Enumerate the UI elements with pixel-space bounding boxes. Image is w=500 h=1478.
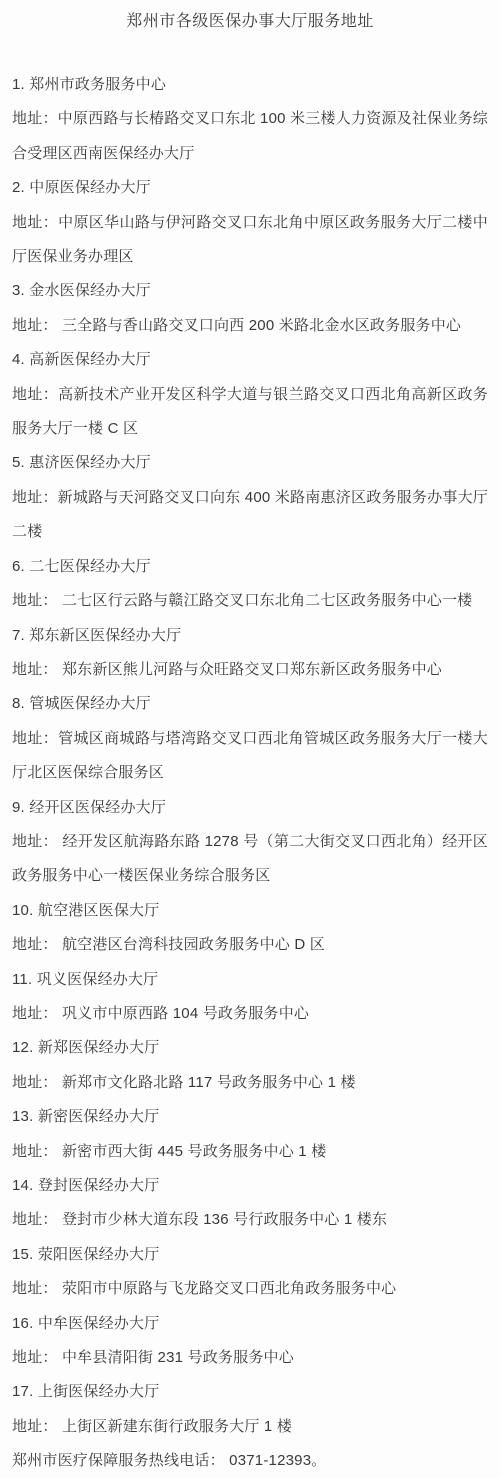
entry-address: 地址： 上街区新建东街行政服务大厅 1 楼 bbox=[12, 1410, 488, 1444]
service-hall-entry: 3. 金水医保经办大厅 地址： 三全路与香山路交叉口向西 200 米路北金水区政… bbox=[12, 274, 488, 343]
service-hall-entry: 2. 中原医保经办大厅 地址：中原区华山路与伊河路交叉口东北角中原区政务服务大厅… bbox=[12, 171, 488, 274]
service-hall-entry: 12. 新郑医保经办大厅 地址： 新郑市文化路北路 117 号政务服务中心 1 … bbox=[12, 1031, 488, 1100]
entry-name: 13. 新密医保经办大厅 bbox=[12, 1100, 488, 1134]
service-hall-entry: 16. 中牟医保经办大厅 地址： 中牟县清阳街 231 号政务服务中心 bbox=[12, 1307, 488, 1376]
entry-address: 地址：中原区华山路与伊河路交叉口东北角中原区政务服务大厅二楼中厅医保业务办理区 bbox=[12, 206, 488, 275]
service-hall-entry: 11. 巩义医保经办大厅 地址： 巩义市中原西路 104 号政务服务中心 bbox=[12, 963, 488, 1032]
service-hall-entry: 15. 荥阳医保经办大厅 地址： 荥阳市中原路与飞龙路交叉口西北角政务服务中心 bbox=[12, 1238, 488, 1307]
document-page: 郑州市各级医保办事大厅服务地址 1. 郑州市政务服务中心 地址：中原西路与长椿路… bbox=[0, 0, 500, 1478]
service-hall-entry: 1. 郑州市政务服务中心 地址：中原西路与长椿路交叉口东北 100 米三楼人力资… bbox=[12, 68, 488, 171]
entry-address: 地址：中原西路与长椿路交叉口东北 100 米三楼人力资源及社保业务综合受理区西南… bbox=[12, 102, 488, 171]
entry-address: 地址： 三全路与香山路交叉口向西 200 米路北金水区政务服务中心 bbox=[12, 309, 488, 343]
entry-address: 地址：高新技术产业开发区科学大道与银兰路交叉口西北角高新区政务服务大厅一楼 C … bbox=[12, 378, 488, 447]
service-hall-entry: 8. 管城医保经办大厅 地址：管城区商城路与塔湾路交叉口西北角管城区政务服务大厅… bbox=[12, 687, 488, 790]
entry-name: 8. 管城医保经办大厅 bbox=[12, 687, 488, 721]
entry-name: 10. 航空港区医保大厅 bbox=[12, 894, 488, 928]
service-hall-entry: 4. 高新医保经办大厅 地址：高新技术产业开发区科学大道与银兰路交叉口西北角高新… bbox=[12, 343, 488, 446]
entry-address: 地址：管城区商城路与塔湾路交叉口西北角管城区政务服务大厅一楼大厅北区医保综合服务… bbox=[12, 722, 488, 791]
entry-name: 7. 郑东新区医保经办大厅 bbox=[12, 619, 488, 653]
entry-name: 9. 经开区医保经办大厅 bbox=[12, 791, 488, 825]
entry-name: 17. 上街医保经办大厅 bbox=[12, 1375, 488, 1409]
service-hall-entry: 13. 新密医保经办大厅 地址： 新密市西大街 445 号政务服务中心 1 楼 bbox=[12, 1100, 488, 1169]
service-hall-entry: 17. 上街医保经办大厅 地址： 上街区新建东街行政服务大厅 1 楼 bbox=[12, 1375, 488, 1444]
entry-address: 地址： 登封市少林大道东段 136 号行政服务中心 1 楼东 bbox=[12, 1203, 488, 1237]
entry-name: 6. 二七医保经办大厅 bbox=[12, 550, 488, 584]
service-hall-entry: 5. 惠济医保经办大厅 地址：新城路与天河路交叉口向东 400 米路南惠济区政务… bbox=[12, 446, 488, 549]
entry-name: 1. 郑州市政务服务中心 bbox=[12, 68, 488, 102]
entry-name: 15. 荥阳医保经办大厅 bbox=[12, 1238, 488, 1272]
service-hall-entry: 14. 登封医保经办大厅 地址： 登封市少林大道东段 136 号行政服务中心 1… bbox=[12, 1169, 488, 1238]
entry-address: 地址： 郑东新区熊儿河路与众旺路交叉口郑东新区政务服务中心 bbox=[12, 653, 488, 687]
entry-address: 地址： 巩义市中原西路 104 号政务服务中心 bbox=[12, 997, 488, 1031]
entry-name: 2. 中原医保经办大厅 bbox=[12, 171, 488, 205]
entry-name: 16. 中牟医保经办大厅 bbox=[12, 1307, 488, 1341]
service-hall-entry: 9. 经开区医保经办大厅 地址： 经开发区航海路东路 1278 号（第二大街交叉… bbox=[12, 791, 488, 894]
address-list: 1. 郑州市政务服务中心 地址：中原西路与长椿路交叉口东北 100 米三楼人力资… bbox=[12, 68, 488, 1478]
entry-address: 地址：新城路与天河路交叉口向东 400 米路南惠济区政务服务办事大厅二楼 bbox=[12, 481, 488, 550]
entry-address: 地址： 新郑市文化路北路 117 号政务服务中心 1 楼 bbox=[12, 1066, 488, 1100]
entry-address: 地址： 航空港区台湾科技园政务服务中心 D 区 bbox=[12, 928, 488, 962]
entry-address: 地址： 经开发区航海路东路 1278 号（第二大街交叉口西北角）经开区政务服务中… bbox=[12, 825, 488, 894]
entry-address: 地址： 荥阳市中原路与飞龙路交叉口西北角政务服务中心 bbox=[12, 1272, 488, 1306]
service-hall-entry: 7. 郑东新区医保经办大厅 地址： 郑东新区熊儿河路与众旺路交叉口郑东新区政务服… bbox=[12, 619, 488, 688]
entry-address: 地址： 新密市西大街 445 号政务服务中心 1 楼 bbox=[12, 1135, 488, 1169]
entry-name: 3. 金水医保经办大厅 bbox=[12, 274, 488, 308]
entries-container: 1. 郑州市政务服务中心 地址：中原西路与长椿路交叉口东北 100 米三楼人力资… bbox=[12, 68, 488, 1444]
entry-name: 12. 新郑医保经办大厅 bbox=[12, 1031, 488, 1065]
entry-name: 4. 高新医保经办大厅 bbox=[12, 343, 488, 377]
entry-name: 14. 登封医保经办大厅 bbox=[12, 1169, 488, 1203]
service-hall-entry: 6. 二七医保经办大厅 地址： 二七区行云路与赣江路交叉口东北角二七区政务服务中… bbox=[12, 550, 488, 619]
entry-address: 地址： 二七区行云路与赣江路交叉口东北角二七区政务服务中心一楼 bbox=[12, 584, 488, 618]
page-title: 郑州市各级医保办事大厅服务地址 bbox=[12, 12, 488, 32]
entry-name: 5. 惠济医保经办大厅 bbox=[12, 446, 488, 480]
hotline-text: 郑州市医疗保障服务热线电话： 0371-12393。 bbox=[12, 1444, 488, 1478]
entry-name: 11. 巩义医保经办大厅 bbox=[12, 963, 488, 997]
service-hall-entry: 10. 航空港区医保大厅 地址： 航空港区台湾科技园政务服务中心 D 区 bbox=[12, 894, 488, 963]
entry-address: 地址： 中牟县清阳街 231 号政务服务中心 bbox=[12, 1341, 488, 1375]
